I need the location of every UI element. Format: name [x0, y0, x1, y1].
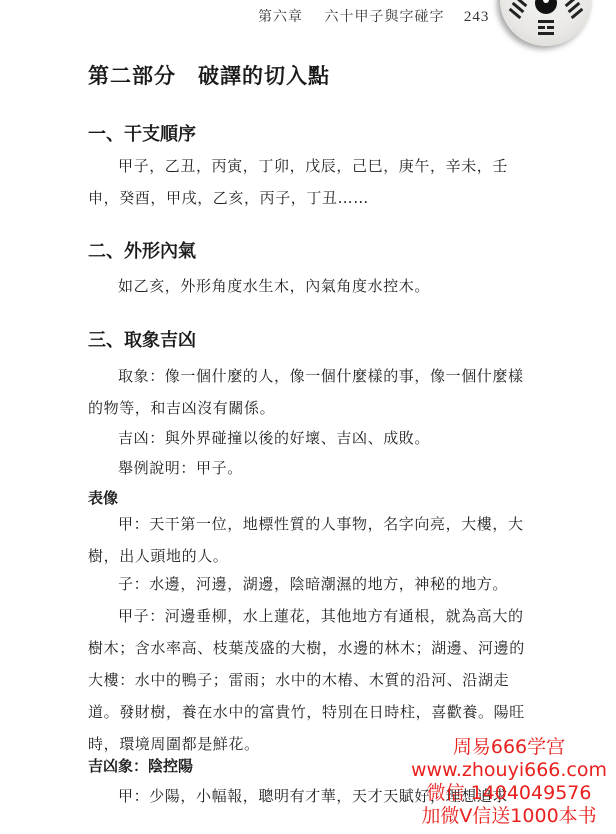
paragraph: 如乙亥，外形角度水生木，內氣角度水控木。	[88, 270, 536, 302]
paragraph: 甲子，乙丑，丙寅，丁卯，戊辰，己巳，庚午，辛未，壬申，癸酉，甲戌，乙亥，丙子，丁…	[88, 150, 536, 214]
paragraph: 舉例說明：甲子。	[88, 452, 536, 484]
yinyang-icon	[535, 0, 557, 14]
paragraph: 甲：天干第一位，地標性質的人事物，名字向亮，大樓，大樹，出人頭地的人。	[88, 508, 536, 572]
chapter-title: 六十甲子與字碰字	[324, 9, 444, 25]
watermark: 周易666学宫 www.zhouyi666.com 微信 1404049576 …	[404, 736, 614, 828]
chapter-label: 第六章	[258, 9, 303, 25]
section-heading-1: 一、干支順序	[88, 120, 196, 146]
running-header: 第六章 六十甲子與字碰字 243	[258, 6, 489, 26]
page-title: 第二部分破譯的切入點	[88, 60, 330, 90]
section-heading-2: 二、外形內氣	[88, 237, 196, 263]
bagua-yinyang-icon	[500, 0, 592, 46]
section-heading-3: 三、取象吉凶	[88, 326, 196, 352]
subsection-label: 吉凶象：陰控陽	[88, 755, 193, 776]
subsection-label: 表像	[88, 487, 118, 508]
watermark-line: 微信 1404049576	[404, 782, 614, 805]
part-heading: 破譯的切入點	[198, 64, 330, 88]
part-label: 第二部分	[88, 64, 176, 88]
paragraph: 吉凶：與外界碰撞以後的好壞、吉凶、成敗。	[88, 422, 536, 454]
paragraph: 取象：像一個什麼的人，像一個什麼樣的事，像一個什麼樣的物等，和吉凶沒有關係。	[88, 360, 536, 424]
watermark-line: www.zhouyi666.com	[404, 759, 614, 782]
watermark-line: 加微V信送1000本书	[404, 805, 614, 828]
page-number: 243	[464, 9, 490, 25]
paragraph: 子：水邊，河邊，湖邊，陰暗潮濕的地方，神秘的地方。	[88, 568, 536, 600]
watermark-line: 周易666学宫	[404, 736, 614, 759]
